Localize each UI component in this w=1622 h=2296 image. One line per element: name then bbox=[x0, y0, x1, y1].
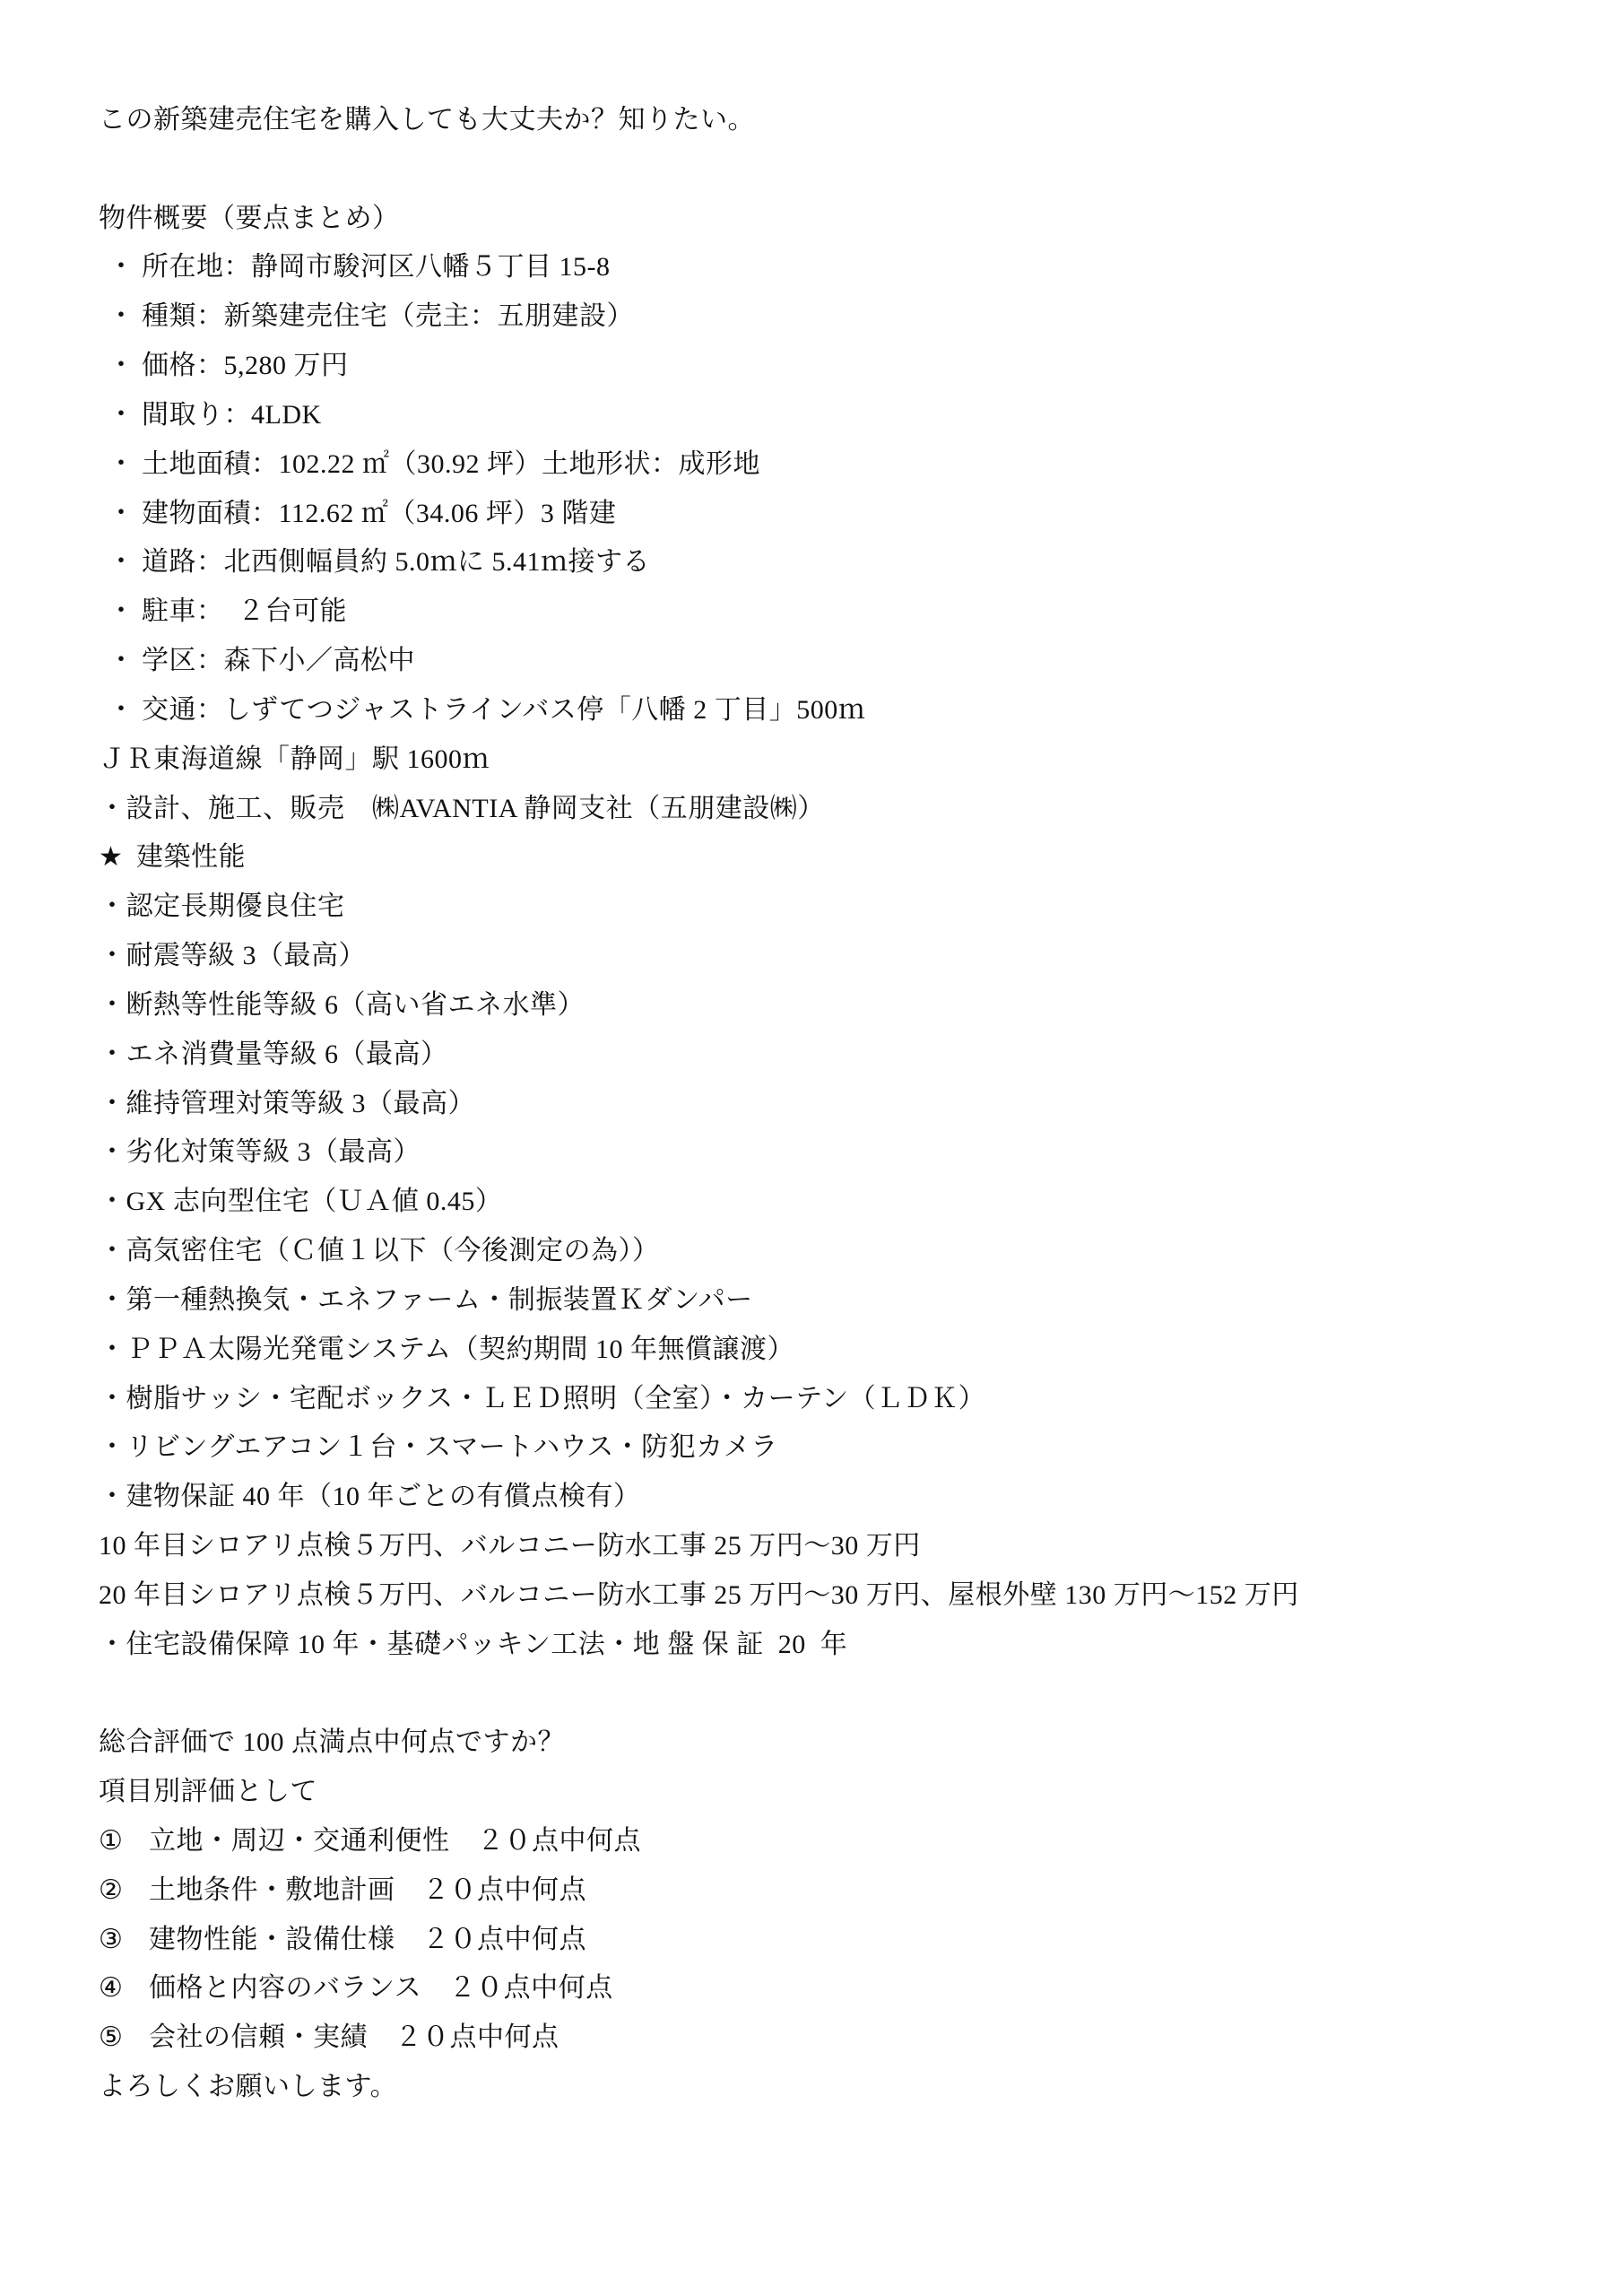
criterion-location: ①立地・周辺・交通利便性 ２０点中何点 bbox=[99, 1817, 1533, 1866]
bullet-icon: ・ bbox=[99, 243, 142, 292]
evaluation-subheading: 項目別評価として bbox=[99, 1768, 1533, 1817]
overview-item-text: 種類：新築建売住宅（売主：五朋建設） bbox=[142, 301, 634, 331]
performance-item: ・住宅設備保障 10 年・基礎パッキン工法・地 盤 保 証 20 年 bbox=[99, 1621, 1533, 1670]
overview-item-text: 所在地：静岡市駿河区八幡５丁目 15-8 bbox=[142, 252, 611, 282]
performance-item: ・GX 志向型住宅（ＵＡ値 0.45） bbox=[99, 1178, 1533, 1227]
maintenance-cost-year20: 20 年目シロアリ点検５万円、バルコニー防水工事 25 万円～30 万円、屋根外… bbox=[99, 1571, 1533, 1621]
circled-number-2: ② bbox=[99, 1866, 149, 1916]
bullet-icon: ・ bbox=[99, 686, 142, 735]
performance-item: ・エネ消費量等級 6（最高） bbox=[99, 1031, 1533, 1080]
performance-item: ・断熱等性能等級 6（高い省エネ水準） bbox=[99, 981, 1533, 1031]
performance-item: ・劣化対策等級 3（最高） bbox=[99, 1128, 1533, 1178]
performance-heading: ★建築性能 bbox=[99, 833, 1533, 883]
overview-item-layout: ・間取り：4LDK bbox=[99, 391, 1533, 440]
criterion-label: 土地条件・敷地計画 ２０点中何点 bbox=[149, 1875, 586, 1905]
bullet-icon: ・ bbox=[99, 587, 142, 637]
performance-item: ・維持管理対策等級 3（最高） bbox=[99, 1080, 1533, 1129]
document-body: この新築建売住宅を購入しても大丈夫か？知りたい。 物件概要（要点まとめ） ・所在… bbox=[99, 96, 1533, 2112]
bullet-icon: ・ bbox=[99, 440, 142, 490]
performance-item: ・高気密住宅（Ｃ値１以下（今後測定の為）） bbox=[99, 1227, 1533, 1276]
performance-item: ・リビングエアコン１台・スマートハウス・防犯カメラ bbox=[99, 1423, 1533, 1473]
overview-item-type: ・種類：新築建売住宅（売主：五朋建設） bbox=[99, 292, 1533, 342]
bullet-icon: ・ bbox=[99, 637, 142, 686]
overview-item-school: ・学区：森下小／高松中 bbox=[99, 637, 1533, 686]
criterion-label: 建物性能・設備仕様 ２０点中何点 bbox=[149, 1925, 586, 1954]
overview-item-text: 間取り：4LDK bbox=[142, 400, 322, 430]
criterion-land: ②土地条件・敷地計画 ２０点中何点 bbox=[99, 1866, 1533, 1916]
overview-item-text: 駐車： ２台可能 bbox=[142, 596, 347, 626]
performance-heading-text: 建築性能 bbox=[136, 842, 246, 872]
circled-number-1: ① bbox=[99, 1817, 149, 1866]
maintenance-cost-year10: 10 年目シロアリ点検５万円、バルコニー防水工事 25 万円～30 万円 bbox=[99, 1522, 1533, 1571]
overview-item-building-area: ・建物面積：112.62 ㎡（34.06 坪）3 階建 bbox=[99, 490, 1533, 539]
evaluation-question: 総合評価で 100 点満点中何点ですか？ bbox=[99, 1718, 1533, 1768]
overview-item-text: 交通：しずてつジャストラインバス停「八幡 2 丁目」500ｍ bbox=[142, 695, 865, 725]
circled-number-4: ④ bbox=[99, 1964, 149, 2013]
overview-item-parking: ・駐車： ２台可能 bbox=[99, 587, 1533, 637]
criterion-label: 価格と内容のバランス ２０点中何点 bbox=[149, 1973, 613, 2003]
overview-builder: ・設計、施工、販売 ㈱AVANTIA 静岡支社（五朋建設㈱） bbox=[99, 785, 1533, 834]
overview-item-transit: ・交通：しずてつジャストラインバス停「八幡 2 丁目」500ｍ bbox=[99, 686, 1533, 735]
overview-list: ・所在地：静岡市駿河区八幡５丁目 15-8 ・種類：新築建売住宅（売主：五朋建設… bbox=[99, 243, 1533, 833]
overview-item-location: ・所在地：静岡市駿河区八幡５丁目 15-8 bbox=[99, 243, 1533, 292]
overview-item-text: 価格：5,280 万円 bbox=[142, 351, 349, 380]
performance-item: ・耐震等級 3（最高） bbox=[99, 932, 1533, 981]
performance-item: ・ＰＰＡ太陽光発電システム（契約期間 10 年無償譲渡） bbox=[99, 1326, 1533, 1375]
criterion-building: ③建物性能・設備仕様 ２０点中何点 bbox=[99, 1916, 1533, 1965]
overview-item-text: 建物面積：112.62 ㎡（34.06 坪）3 階建 bbox=[142, 499, 616, 528]
criterion-price-balance: ④価格と内容のバランス ２０点中何点 bbox=[99, 1964, 1533, 2013]
bullet-icon: ・ bbox=[99, 391, 142, 440]
bullet-icon: ・ bbox=[99, 490, 142, 539]
overview-item-text: 土地面積：102.22 ㎡（30.92 坪）土地形状：成形地 bbox=[142, 449, 760, 479]
overview-transit-continuation: ＪＲ東海道線「静岡」駅 1600ｍ bbox=[99, 735, 1533, 785]
performance-item: ・第一種熱換気・エネファーム・制振装置Ｋダンパー bbox=[99, 1276, 1533, 1326]
bullet-icon: ・ bbox=[99, 538, 142, 587]
circled-number-5: ⑤ bbox=[99, 2013, 149, 2063]
performance-item: ・認定長期優良住宅 bbox=[99, 883, 1533, 932]
overview-item-text: 学区：森下小／高松中 bbox=[142, 646, 415, 675]
bullet-icon: ・ bbox=[99, 292, 142, 342]
overview-item-price: ・価格：5,280 万円 bbox=[99, 342, 1533, 391]
overview-item-land-area: ・土地面積：102.22 ㎡（30.92 坪）土地形状：成形地 bbox=[99, 440, 1533, 490]
bullet-icon: ・ bbox=[99, 342, 142, 391]
star-icon: ★ bbox=[99, 833, 136, 883]
performance-item: ・樹脂サッシ・宅配ボックス・ＬＥＤ照明（全室）・カーテン（ＬＤＫ） bbox=[99, 1375, 1533, 1424]
performance-list: ・認定長期優良住宅 ・耐震等級 3（最高） ・断熱等性能等級 6（高い省エネ水準… bbox=[99, 883, 1533, 1669]
blank-line bbox=[99, 145, 1533, 195]
circled-number-3: ③ bbox=[99, 1916, 149, 1965]
overview-item-text: 道路：北西側幅員約 5.0ｍに 5.41ｍ接する bbox=[142, 547, 650, 577]
overview-item-road: ・道路：北西側幅員約 5.0ｍに 5.41ｍ接する bbox=[99, 538, 1533, 587]
closing-line: よろしくお願いします。 bbox=[99, 2063, 1533, 2112]
performance-item: ・建物保証 40 年（10 年ごとの有償点検有） bbox=[99, 1473, 1533, 1522]
overview-heading: 物件概要（要点まとめ） bbox=[99, 195, 1533, 244]
blank-line bbox=[99, 1670, 1533, 1719]
question-line: この新築建売住宅を購入しても大丈夫か？知りたい。 bbox=[99, 96, 1533, 145]
evaluation-criteria-list: ①立地・周辺・交通利便性 ２０点中何点 ②土地条件・敷地計画 ２０点中何点 ③建… bbox=[99, 1817, 1533, 2063]
criterion-company: ⑤会社の信頼・実績 ２０点中何点 bbox=[99, 2013, 1533, 2063]
criterion-label: 会社の信頼・実績 ２０点中何点 bbox=[149, 2022, 559, 2052]
criterion-label: 立地・周辺・交通利便性 ２０点中何点 bbox=[149, 1826, 641, 1856]
